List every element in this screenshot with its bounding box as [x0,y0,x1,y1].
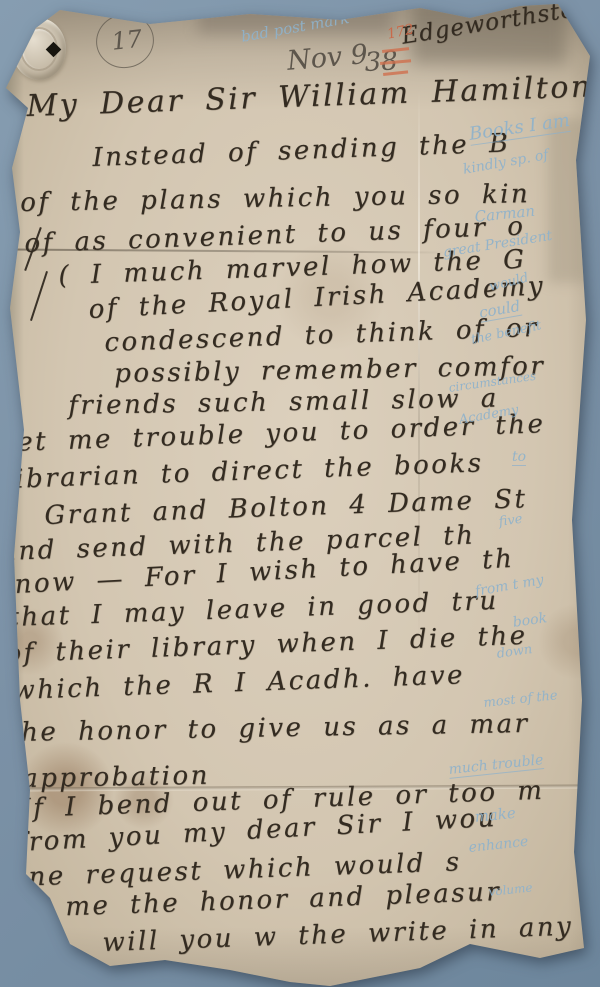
margin-note: make [474,806,516,825]
margin-note: from t my [474,573,545,599]
margin-note: book [512,611,548,630]
letter-paper-wrap: 17 bad post mark Edgeworthstown Nov 9 38… [0,0,600,987]
margin-note: much trouble [448,753,544,779]
right-edge-wear [548,118,590,283]
letter-line: will you w the write in any [102,914,574,956]
margin-note: down [496,643,533,661]
margin-note: enhance [468,835,529,855]
letter-line: librarian to direct the books [4,450,484,493]
ink-slash [30,271,48,321]
page-number-circle: 17 [91,9,159,74]
letter-paper: 17 bad post mark Edgeworthstown Nov 9 38… [0,0,600,987]
margin-note: volume [488,881,533,898]
date-pencil: Nov 9 [286,41,369,75]
margin-note: Carman [474,204,536,225]
letter-photograph: 17 bad post mark Edgeworthstown Nov 9 38… [0,0,600,987]
margin-note: five [498,513,523,529]
letter-line: of the plans which you so kin [20,181,530,216]
letter-line: Instead of sending the B [92,130,511,171]
letter-line: the honor to give us as a mar [8,711,530,746]
salutation: My Dear Sir William Hamilton [26,72,593,122]
margin-note: most of the [483,689,558,710]
page-number: 17 [110,27,143,54]
margin-note: to [512,450,526,466]
letter-line: which the R I Acadh. have [12,662,465,704]
